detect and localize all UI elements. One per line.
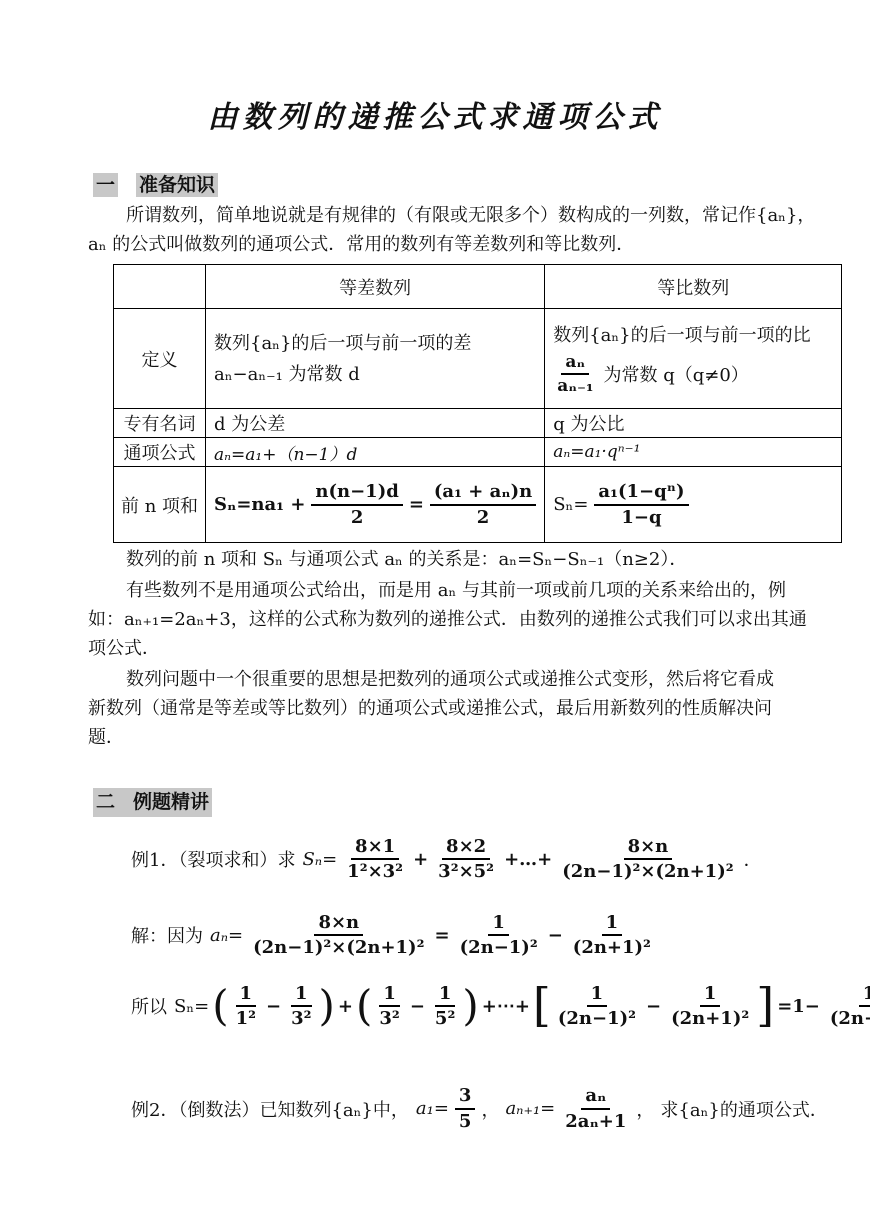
- fraction: aₙaₙ₋₁: [553, 351, 597, 397]
- cell-general-formula-arithmetic: aₙ=a₁+（n−1）d: [206, 438, 545, 467]
- table-corner-cell: [114, 265, 206, 309]
- table-row-general-formula: 通项公式 aₙ=a₁+（n−1）d aₙ=a₁·qⁿ⁻¹: [114, 438, 842, 467]
- example2-statement: 例2．（倒数法）已知数列{aₙ}中， a₁= 35 ， aₙ₊₁= aₙ2aₙ+…: [128, 1081, 870, 1136]
- fraction: a₁(1−qⁿ)1−q: [594, 480, 688, 529]
- example2-end: 求{aₙ}的通项公式．: [660, 1096, 827, 1122]
- relation-paragraph: 数列的前 n 项和 Sₙ 与通项公式 aₙ 的关系是：aₙ=Sₙ−Sₙ₋₁（n≥…: [88, 545, 788, 574]
- fraction-numerator: 8×2: [442, 835, 490, 860]
- cell-term-name-geometric: q 为公比: [545, 409, 842, 438]
- fraction: (a₁ + aₙ)n2: [430, 480, 536, 529]
- solution-an: aₙ=: [210, 925, 243, 946]
- fraction-denominator: (2n−1)²×(2n+1)²: [558, 860, 737, 883]
- example2-an1: aₙ₊₁=: [505, 1098, 555, 1119]
- row-label-general-formula: 通项公式: [114, 438, 206, 467]
- fraction: aₙ2aₙ+1: [561, 1084, 630, 1133]
- table-header-row: 等差数列 等比数列: [114, 265, 842, 309]
- fraction: 1(2n+1)²: [826, 982, 870, 1031]
- table-row-definition: 定义 数列{aₙ}的后一项与前一项的差 aₙ−aₙ₋₁ 为常数 d 数列{aₙ}…: [114, 309, 842, 409]
- cell-definition-geometric: 数列{aₙ}的后一项与前一项的比 aₙaₙ₋₁ 为常数 q（q≠0）: [545, 309, 842, 409]
- fraction-numerator: 1: [291, 982, 312, 1007]
- table-row-sum: 前 n 项和 Sₙ=na₁ + n(n−1)d2 = (a₁ + aₙ)n2 S…: [114, 467, 842, 543]
- column-header-geometric: 等比数列: [545, 265, 842, 309]
- fraction-numerator: 8×1: [351, 835, 399, 860]
- example1-solution-line2: 所以 Sₙ= ( 11² − 13² ) + ( 13² − 15² ) +⋯+…: [128, 975, 870, 1037]
- section1-title: 准备知识: [136, 173, 218, 197]
- definition-gp-line1: 数列{aₙ}的后一项与前一项的比: [553, 320, 833, 351]
- right-paren: ): [319, 987, 335, 1025]
- equals-sign: =: [434, 925, 449, 946]
- cell-term-name-arithmetic: d 为公差: [206, 409, 545, 438]
- fraction: 1(2n+1)²: [569, 911, 655, 960]
- example1-solution-line1: 解：因为 aₙ= 8×n(2n−1)²×(2n+1)² = 1(2n−1)² −…: [128, 906, 870, 964]
- fraction-denominator: 5: [455, 1110, 476, 1133]
- fraction-denominator: aₙ₋₁: [553, 375, 597, 397]
- fraction-numerator: 8×n: [314, 911, 363, 936]
- left-bracket: [: [533, 986, 551, 1025]
- fraction-denominator: 2: [347, 506, 368, 529]
- fraction: 8×11²×3²: [343, 835, 407, 884]
- fraction-numerator: 1: [587, 982, 608, 1007]
- fraction: 1(2n−1)²: [554, 982, 640, 1031]
- plus-ellipsis: +…+: [504, 849, 552, 870]
- plus-sign: +: [338, 996, 353, 1017]
- row-label-sum: 前 n 项和: [114, 467, 206, 543]
- fraction-numerator: 1: [236, 982, 257, 1007]
- fraction-denominator: 3²×5²: [434, 860, 498, 883]
- fraction-numerator: aₙ: [561, 351, 589, 375]
- section2-heading: 二例题精讲: [93, 788, 870, 817]
- fraction-denominator: 1−q: [617, 506, 665, 529]
- paragraph-line: aₙ 的公式叫做数列的通项公式．常用的数列有等差数列和等比数列．: [88, 230, 788, 259]
- paragraph-line: 数列的前 n 项和 Sₙ 与通项公式 aₙ 的关系是：aₙ=Sₙ−Sₙ₋₁（n≥…: [88, 545, 788, 574]
- fraction: 8×n(2n−1)²×(2n+1)²: [558, 835, 737, 884]
- fraction-denominator: 1²: [232, 1007, 260, 1030]
- fraction-denominator: 1²×3²: [343, 860, 407, 883]
- sum-gp-formula: Sₙ= a₁(1−qⁿ)1−q: [553, 480, 833, 529]
- solution-sn: Sₙ=: [174, 996, 209, 1017]
- section2-number: 二: [96, 791, 115, 813]
- row-label-term-name: 专有名词: [114, 409, 206, 438]
- fraction: 1(2n−1)²: [456, 911, 542, 960]
- paragraph-line: 题．: [88, 723, 788, 752]
- section2-title: 例题精讲: [133, 791, 209, 813]
- fraction-numerator: 1: [602, 911, 623, 936]
- definition-gp-after: 为常数 q（q≠0）: [603, 361, 748, 387]
- fraction: 8×n(2n−1)²×(2n+1)²: [249, 911, 428, 960]
- fraction: 15²: [431, 982, 459, 1031]
- sum-ap-lead: Sₙ=na₁ +: [214, 494, 305, 515]
- sum-ap-formula: Sₙ=na₁ + n(n−1)d2 = (a₁ + aₙ)n2: [214, 480, 536, 529]
- recursive-intro-paragraph: 有些数列不是用通项公式给出，而是用 aₙ 与其前一项或前几项的关系来给出的，例 …: [88, 576, 788, 663]
- fraction-numerator: 1: [859, 982, 870, 1007]
- cell-sum-arithmetic: Sₙ=na₁ + n(n−1)d2 = (a₁ + aₙ)n2: [206, 467, 545, 543]
- method-paragraph: 数列问题中一个很重要的思想是把数列的通项公式或递推公式变形，然后将它看成 新数列…: [88, 665, 788, 752]
- minus-sign: −: [266, 996, 281, 1017]
- minus-sign: −: [646, 996, 661, 1017]
- definition-gp-formula: aₙaₙ₋₁ 为常数 q（q≠0）: [553, 351, 833, 397]
- document-page: 由数列的递推公式求通项公式 一准备知识 所谓数列，简单地说就是有规律的（有限或无…: [0, 0, 870, 1229]
- fraction: 13²: [287, 982, 315, 1031]
- section2-highlight: 二例题精讲: [93, 788, 212, 817]
- cell-definition-arithmetic: 数列{aₙ}的后一项与前一项的差 aₙ−aₙ₋₁ 为常数 d: [206, 309, 545, 409]
- fraction-numerator: aₙ: [581, 1084, 610, 1109]
- fraction-numerator: 3: [455, 1084, 476, 1109]
- fraction-denominator: 2: [473, 506, 494, 529]
- fraction-numerator: a₁(1−qⁿ): [594, 480, 688, 505]
- fraction-denominator: 2aₙ+1: [561, 1110, 630, 1133]
- paragraph-line: 如：aₙ₊₁=2aₙ+3，这样的公式称为数列的递推公式．由数列的递推公式我们可以…: [88, 605, 788, 634]
- fraction: 1(2n+1)²: [667, 982, 753, 1031]
- fraction-denominator: 3²: [287, 1007, 315, 1030]
- fraction: n(n−1)d2: [311, 480, 402, 529]
- paragraph-line: 所谓数列，简单地说就是有规律的（有限或无限多个）数构成的一列数，常记作{aₙ}，: [88, 201, 788, 230]
- right-bracket: ]: [756, 986, 774, 1025]
- solution-lead: 所以: [131, 993, 167, 1019]
- section1-heading: 一准备知识: [93, 172, 870, 199]
- fraction-denominator: (2n−1)²×(2n+1)²: [249, 936, 428, 959]
- fraction-numerator: 1: [435, 982, 456, 1007]
- comma: ，: [481, 1096, 499, 1122]
- definition-ap-line2: aₙ−aₙ₋₁ 为常数 d: [214, 359, 536, 390]
- example2-lead: 例2．（倒数法）已知数列{aₙ}中，: [131, 1096, 409, 1122]
- plus-ellipsis: +⋯+: [482, 996, 530, 1017]
- fraction-denominator: 5²: [431, 1007, 459, 1030]
- sum-gp-lead: Sₙ=: [553, 494, 588, 515]
- fraction-numerator: 1: [700, 982, 721, 1007]
- minus-sign: −: [548, 925, 563, 946]
- paragraph-line: 有些数列不是用通项公式给出，而是用 aₙ 与其前一项或前几项的关系来给出的，例: [88, 576, 788, 605]
- page-title: 由数列的递推公式求通项公式: [0, 0, 870, 136]
- left-paren: (: [212, 987, 228, 1025]
- cell-general-formula-geometric: aₙ=a₁·qⁿ⁻¹: [545, 438, 842, 467]
- fraction-denominator: (2n−1)²: [456, 936, 542, 959]
- left-paren: (: [356, 987, 372, 1025]
- paragraph-line: 项公式．: [88, 634, 788, 663]
- fraction-denominator: (2n+1)²: [667, 1007, 753, 1030]
- fraction-numerator: 8×n: [624, 835, 673, 860]
- example1-lead: 例1．（裂项求和）求: [131, 846, 295, 872]
- fraction: 13²: [375, 982, 403, 1031]
- equals-sign: =: [409, 494, 424, 515]
- example1-sn: Sₙ=: [302, 849, 337, 870]
- paragraph-line: 数列问题中一个很重要的思想是把数列的通项公式或递推公式变形，然后将它看成: [88, 665, 788, 694]
- plus-sign: +: [413, 849, 428, 870]
- table-row-term-name: 专有名词 d 为公差 q 为公比: [114, 409, 842, 438]
- comma: ，: [636, 1096, 654, 1122]
- paragraph-line: 新数列（通常是等差或等比数列）的通项公式或递推公式，最后用新数列的性质解决问: [88, 694, 788, 723]
- fraction: 11²: [232, 982, 260, 1031]
- fraction-numerator: 1: [488, 911, 509, 936]
- fraction-denominator: (2n+1)²: [826, 1007, 870, 1030]
- definition-ap-line1: 数列{aₙ}的后一项与前一项的差: [214, 328, 536, 359]
- column-header-arithmetic: 等差数列: [206, 265, 545, 309]
- example2-a1: a₁=: [416, 1098, 449, 1119]
- minus-sign: −: [410, 996, 425, 1017]
- equals-one-minus: =1−: [777, 996, 820, 1017]
- period: ．: [744, 846, 762, 872]
- fraction-numerator: n(n−1)d: [311, 480, 402, 505]
- fraction: 8×23²×5²: [434, 835, 498, 884]
- fraction: 35: [455, 1084, 476, 1133]
- cell-sum-geometric: Sₙ= a₁(1−qⁿ)1−q: [545, 467, 842, 543]
- fraction-denominator: (2n+1)²: [569, 936, 655, 959]
- row-label-definition: 定义: [114, 309, 206, 409]
- intro-paragraph: 所谓数列，简单地说就是有规律的（有限或无限多个）数构成的一列数，常记作{aₙ}，…: [88, 201, 788, 259]
- knowledge-table: 等差数列 等比数列 定义 数列{aₙ}的后一项与前一项的差 aₙ−aₙ₋₁ 为常…: [113, 264, 842, 543]
- fraction-denominator: 3²: [375, 1007, 403, 1030]
- section1-number: 一: [93, 173, 118, 197]
- fraction-denominator: (2n−1)²: [554, 1007, 640, 1030]
- fraction-numerator: 1: [379, 982, 400, 1007]
- fraction-numerator: (a₁ + aₙ)n: [430, 480, 536, 505]
- solution-lead: 解：因为: [131, 922, 203, 948]
- example1-statement: 例1．（裂项求和）求 Sₙ= 8×11²×3² + 8×23²×5² +…+ 8…: [128, 830, 870, 888]
- right-paren: ): [462, 987, 478, 1025]
